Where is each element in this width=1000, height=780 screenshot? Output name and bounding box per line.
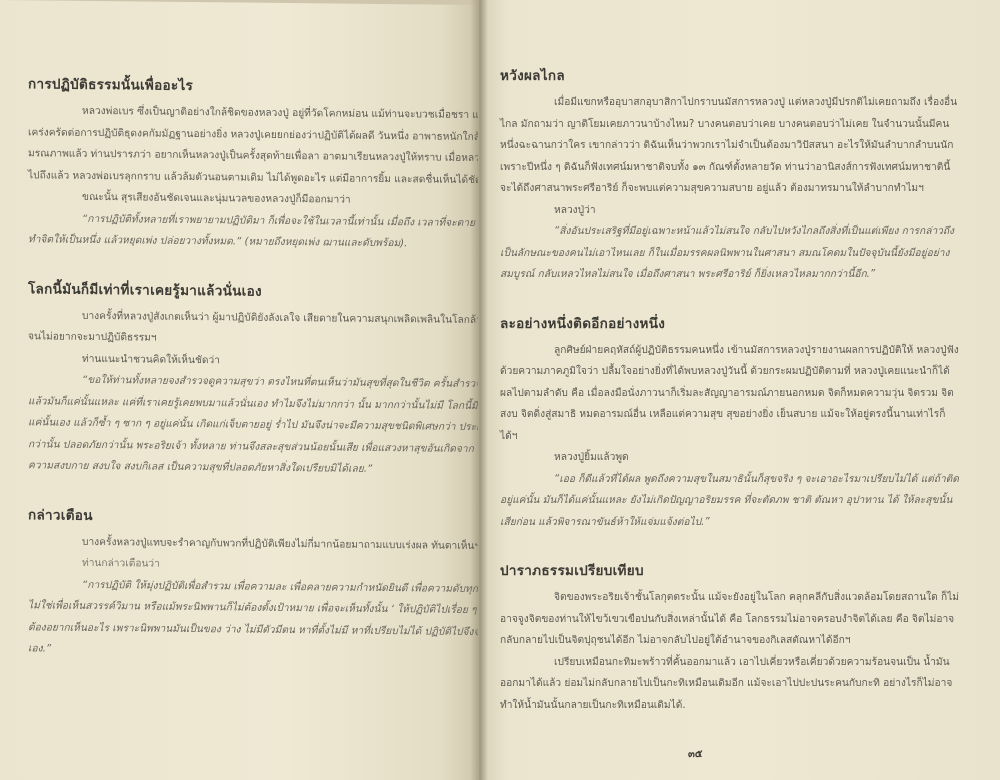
body-paragraph: ลูกศิษย์ฝ่ายคฤหัสถ์ผู้ปฏิบัติธรรมคนหนึ่ง…: [500, 340, 960, 448]
body-paragraph: เปรียบเหมือนกะทิมะพร้าวที่คั้นออกมาแล้ว …: [500, 652, 960, 717]
section-heading: หวังผลไกล: [500, 64, 960, 86]
book-spread: การปฏิบัติธรรมนั้นเพื่ออะไร หลวงพ่อเบร ซ…: [0, 0, 1000, 780]
section-heading: โลกนี้มันก็มีเท่าที่เราเคยรู้มาแล้วนั่นเ…: [28, 277, 478, 304]
quote-paragraph: “เออ ก็ดีแล้วที่ได้ผล พูดถึงความสุขในสมา…: [500, 469, 960, 534]
quote-paragraph: “การปฏิบัติ ให้มุ่งปฏิบัติเพื่อสำรวม เพื…: [28, 574, 478, 665]
section-spacer: [500, 286, 960, 312]
section-spacer: [500, 533, 960, 559]
body-paragraph: จิตของพระอริยเจ้าชั้นโลกุตตระนั้น แม้จะย…: [500, 587, 960, 652]
quote-paragraph: “สิ่งอันประเสริฐที่มีอยู่เฉพาะหน้าแล้วไม…: [500, 221, 960, 286]
body-paragraph: หลวงพ่อเบร ซึ่งเป็นญาติอย่างใกล้ชิดของหล…: [28, 100, 478, 191]
section-heading: กล่าวเตือน: [28, 503, 478, 530]
section-heading: ละอย่างหนึ่งติดอีกอย่างหนึ่ง: [500, 312, 960, 334]
section-heading: ปาราภธรรมเปรียบเทียบ: [500, 559, 960, 581]
section-heading: การปฏิบัติธรรมนั้นเพื่ออะไร: [28, 72, 478, 99]
left-page: การปฏิบัติธรรมนั้นเพื่ออะไร หลวงพ่อเบร ซ…: [0, 0, 478, 780]
book-gutter: [470, 0, 488, 780]
body-paragraph: หลวงปู่ว่า: [500, 200, 960, 222]
body-paragraph: หลวงปู่ยิ้มแล้วพูด: [500, 447, 960, 469]
right-page: หวังผลไกล เมื่อมีแขกหรืออุบาสกอุบาสิกาไป…: [478, 0, 1000, 780]
quote-paragraph: “การปฏิบัติทั้งหลายที่เราพยายามปฏิบัติมา…: [28, 208, 478, 256]
page-number: ๓๕: [688, 747, 702, 762]
left-page-content: การปฏิบัติธรรมนั้นเพื่ออะไร หลวงพ่อเบร ซ…: [28, 72, 478, 664]
right-page-content: หวังผลไกล เมื่อมีแขกหรืออุบาสกอุบาสิกาไป…: [500, 64, 960, 716]
body-paragraph: บางครั้งที่หลวงปู่สังเกตเห็นว่า ผู้มาปฏิ…: [28, 305, 478, 353]
body-paragraph: เมื่อมีแขกหรืออุบาสกอุบาสิกาไปกราบนมัสกา…: [500, 92, 960, 200]
quote-paragraph: “ขอให้ท่านทั้งหลายจงสำรวจดูความสุขว่า ตร…: [28, 369, 478, 481]
